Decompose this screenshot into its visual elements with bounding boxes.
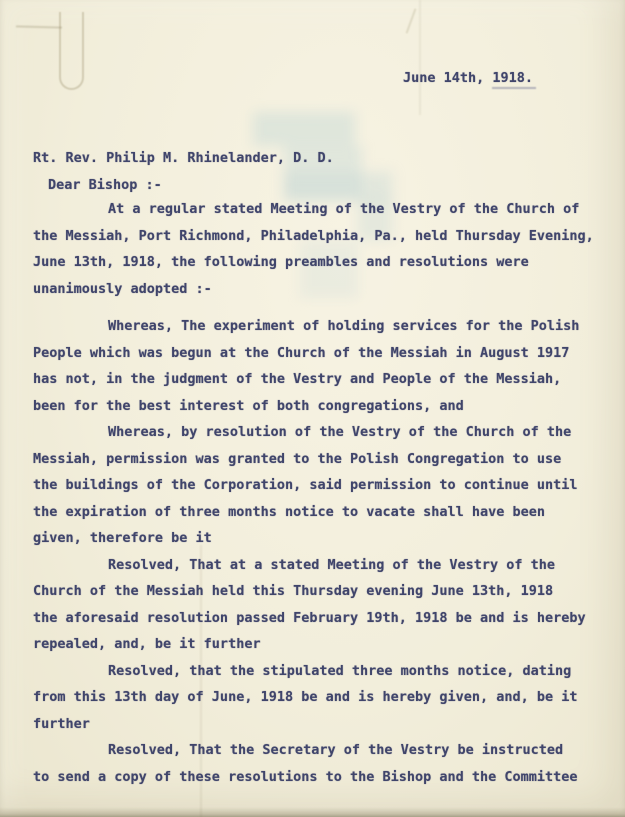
stain-block [253, 112, 355, 146]
letter-line: the buildings of the Corporation, said p… [33, 472, 613, 499]
letter-line: Resolved, That at a stated Meeting of th… [33, 552, 613, 579]
date-underline-mark [492, 87, 536, 89]
crease-mark [16, 25, 62, 28]
letter-line: Whereas, by resolution of the Vestry of … [33, 419, 613, 446]
letter-line: Whereas, The experiment of holding servi… [33, 313, 613, 340]
letter-line: the aforesaid resolution passed February… [33, 605, 613, 632]
letter-line: repealed, and, be it further [33, 631, 613, 658]
paperclip-impression [59, 12, 84, 90]
letter-line: People which was begun at the Church of … [33, 340, 613, 367]
fold-crease [419, 0, 421, 115]
scanned-letter-page: June 14th, 1918. Rt. Rev. Philip M. Rhin… [0, 0, 625, 817]
letter-line: been for the best interest of both congr… [33, 393, 613, 420]
letter-body: At a regular stated Meeting of the Vestr… [33, 196, 613, 790]
salutation-line: Dear Bishop :- [48, 172, 162, 199]
letter-line: the expiration of three months notice to… [33, 499, 613, 526]
letter-line: Messiah, permission was granted to the P… [33, 446, 613, 473]
letter-line: from this 13th day of June, 1918 be and … [33, 684, 613, 711]
letter-line: the Messiah, Port Richmond, Philadelphia… [33, 223, 613, 250]
letter-line: unanimously adopted :- [33, 276, 613, 303]
letter-line: Resolved, That the Secretary of the Vest… [33, 737, 613, 764]
letter-line: At a regular stated Meeting of the Vestr… [33, 196, 613, 223]
letter-line: June 13th, 1918, the following preambles… [33, 249, 613, 276]
letter-line: Resolved, that the stipulated three mont… [33, 658, 613, 685]
page-edge-shadow [0, 807, 625, 817]
letter-line: to send a copy of these resolutions to t… [33, 764, 613, 791]
recipient-line: Rt. Rev. Philip M. Rhinelander, D. D. [33, 145, 334, 172]
letter-line: Church of the Messiah held this Thursday… [33, 578, 613, 605]
letter-line: further [33, 711, 613, 738]
letter-line: has not, in the judgment of the Vestry a… [33, 366, 613, 393]
crease-mark [406, 8, 417, 33]
letter-line: given, therefore be it [33, 525, 613, 552]
